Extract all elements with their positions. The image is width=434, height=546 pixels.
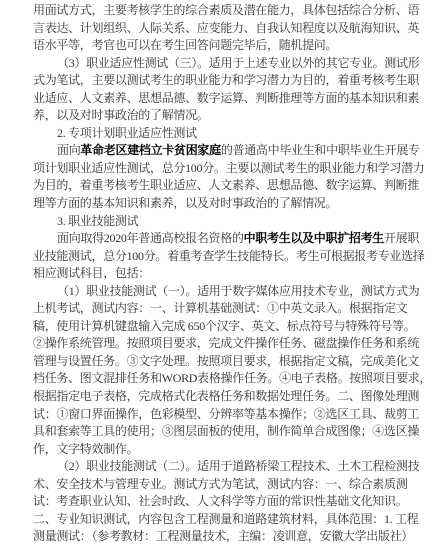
- text-segment: 稿，使用计算机键盘输入完成 650个汉字、英文、标点符号与特殊符号等。: [33, 319, 416, 333]
- text-segment: 具和套索等工具的使用；③图层面板的使用，制作简单合成图像；④选区操: [33, 424, 419, 438]
- text-line: 管理与设置任务。③文字处理。按照项目要求，根据指定文稿，完成美化文: [33, 353, 424, 371]
- text-segment: 为目的，着重考核考生职业适应、人文素养、思想品德、数字运算、判断推: [33, 178, 419, 192]
- text-segment: 业适应、人文素养、思想品德、数字运算、判断推理等方面的基本知识和素: [33, 91, 419, 105]
- text-segment: （3）职业适应性测试（三）。适用于上述专业以外的其它专业。测试形: [57, 56, 419, 70]
- text-line: 业适应、人文素养、思想品德、数字运算、判断推理等方面的基本知识和素: [33, 90, 424, 108]
- text-line: 用面试方式，主要考核学生的综合素质及潜在能力，具体包括综合分析、语: [33, 2, 424, 20]
- text-segment: 言表达、计划组织、人际关系、应变能力、自我认知程度以及航海知识、英: [33, 21, 419, 35]
- text-segment: 2. 专项计划职业适应性测试: [57, 126, 197, 140]
- text-segment: 语水平等，考官也可以在考生回答问题完毕后，随机提问。: [33, 38, 337, 52]
- text-segment: 上机考试，测试内容：一、计算机基础测试：①中英文录入。根据指定文: [33, 301, 407, 315]
- text-segment: （2）职业技能测试（二）。适用于道路桥梁工程技术、土木工程检测技: [57, 459, 419, 473]
- text-line: （3）职业适应性测试（三）。适用于上述专业以外的其它专业。测试形: [33, 55, 424, 73]
- text-line: （2）职业技能测试（二）。适用于道路桥梁工程技术、土木工程检测技: [33, 458, 424, 476]
- text-line: 具和套索等工具的使用；③图层面板的使用，制作简单合成图像；④选区操: [33, 423, 424, 441]
- text-segment: 档任务、图文混排任务和WORD表格操作任务。④电子表格。按照项目要求，: [33, 371, 431, 385]
- text-line: 项计划职业适应性测试，总分100分。主要以测试考生的职业能力和学习潜力: [33, 160, 424, 178]
- text-line: 根据指定电子表格，完成格式化表格任务和数据处理任务。二、图像处理测: [33, 388, 424, 406]
- text-segment: 3. 职业技能测试: [57, 214, 138, 228]
- highlighted-bold-text: 革命老区建档立卡贫困家庭: [80, 143, 220, 157]
- text-segment: 术、安全技术与管理专业。测试方式为笔试，测试内容：一、综合素质测: [33, 477, 407, 491]
- text-segment: 测量测试：（参考教材：工程测量技术，主编：凌训意，安徽大学出版社）: [33, 529, 413, 543]
- text-segment: 二、专业知识测试，内容包含工程测量和道路建筑材料，具体范围：1. 工程: [33, 512, 419, 526]
- text-line: ②操作系统管理。按照项目要求，完成文件操作任务、磁盘操作任务和系统: [33, 335, 424, 353]
- text-segment: 开展职: [384, 231, 419, 245]
- text-segment: （1）职业技能测试（一）。适用于数字媒体应用技术专业，测试方式为: [57, 284, 419, 298]
- text-segment: 用面试方式，主要考核学生的综合素质及潜在能力，具体包括综合分析、语: [33, 3, 419, 17]
- text-line: 语水平等，考官也可以在考生回答问题完毕后，随机提问。: [33, 37, 424, 55]
- text-line: 式为笔试，主要以测试考生的职业能力和学习潜力为目的，着重考核考生职: [33, 72, 424, 90]
- text-line: 3. 职业技能测试: [33, 213, 424, 231]
- text-segment: 的普通高中毕业生和中职毕业生开展专: [221, 143, 420, 157]
- text-line: 2. 专项计划职业适应性测试: [33, 125, 424, 143]
- text-line: 档任务、图文混排任务和WORD表格操作任务。④电子表格。按照项目要求，: [33, 370, 424, 388]
- document-body: 用面试方式，主要考核学生的综合素质及潜在能力，具体包括综合分析、语言表达、计划组…: [33, 2, 424, 546]
- text-line: 面向取得2020年普通高校报名资格的中职考生以及中职扩招考生开展职: [33, 230, 424, 248]
- highlighted-bold-text: 中职考生以及中职扩招考生: [244, 231, 384, 245]
- text-segment: 试：考查职业认知、社会时政、人文科学等方面的常识性基础文化知识。: [33, 494, 407, 508]
- text-line: 面向革命老区建档立卡贫困家庭的普通高中毕业生和中职毕业生开展专: [33, 142, 424, 160]
- text-line: 二、专业知识测试，内容包含工程测量和道路建筑材料，具体范围：1. 工程: [33, 511, 424, 529]
- text-segment: 管理与设置任务。③文字处理。按照项目要求，根据指定文稿，完成美化文: [33, 354, 419, 368]
- text-segment: 作，文字特效制作。: [33, 442, 138, 456]
- text-segment: 根据指定电子表格，完成格式化表格任务和数据处理任务。二、图像处理测: [33, 389, 419, 403]
- text-line: 相应测试科目，包括：: [33, 265, 424, 283]
- text-segment: 养，以及对时事政治的了解情况。: [33, 108, 209, 122]
- text-line: 试：①窗口界面操作，色彩模型、分辨率等基本操作；②选区工具、裁剪工: [33, 406, 424, 424]
- text-segment: 相应测试科目，包括：: [33, 266, 150, 280]
- text-line: 试：考查职业认知、社会时政、人文科学等方面的常识性基础文化知识。: [33, 493, 424, 511]
- text-line: 理等方面的基本知识和素养，以及对时事政治的了解情况。: [33, 195, 424, 213]
- text-segment: 试：①窗口界面操作，色彩模型、分辨率等基本操作；②选区工具、裁剪工: [33, 407, 419, 421]
- text-line: 言表达、计划组织、人际关系、应变能力、自我认知程度以及航海知识、英: [33, 20, 424, 38]
- text-segment: ②操作系统管理。按照项目要求，完成文件操作任务、磁盘操作任务和系统: [33, 336, 419, 350]
- text-segment: 业技能测试，总分100分。着重考查学生技能特长。考生可根据报考专业选择: [33, 249, 425, 263]
- text-line: 作，文字特效制作。: [33, 441, 424, 459]
- text-segment: 理等方面的基本知识和素养，以及对时事政治的了解情况。: [33, 196, 337, 210]
- text-line: （1）职业技能测试（一）。适用于数字媒体应用技术专业，测试方式为: [33, 283, 424, 301]
- text-segment: 项计划职业适应性测试，总分100分。主要以测试考生的职业能力和学习潜力: [33, 161, 425, 175]
- text-line: 测量测试：（参考教材：工程测量技术，主编：凌训意，安徽大学出版社）: [33, 528, 424, 546]
- text-line: 稿，使用计算机键盘输入完成 650个汉字、英文、标点符号与特殊符号等。: [33, 318, 424, 336]
- text-segment: 式为笔试，主要以测试考生的职业能力和学习潜力为目的，着重考核考生职: [33, 73, 419, 87]
- text-line: 术、安全技术与管理专业。测试方式为笔试，测试内容：一、综合素质测: [33, 476, 424, 494]
- text-segment: 面向: [57, 143, 80, 157]
- text-line: 养，以及对时事政治的了解情况。: [33, 107, 424, 125]
- text-segment: 面向取得2020年普通高校报名资格的: [57, 231, 244, 245]
- document-page: 用面试方式，主要考核学生的综合素质及潜在能力，具体包括综合分析、语言表达、计划组…: [0, 0, 434, 546]
- text-line: 为目的，着重考核考生职业适应、人文素养、思想品德、数字运算、判断推: [33, 177, 424, 195]
- text-line: 业技能测试，总分100分。着重考查学生技能特长。考生可根据报考专业选择: [33, 248, 424, 266]
- text-line: 上机考试，测试内容：一、计算机基础测试：①中英文录入。根据指定文: [33, 300, 424, 318]
